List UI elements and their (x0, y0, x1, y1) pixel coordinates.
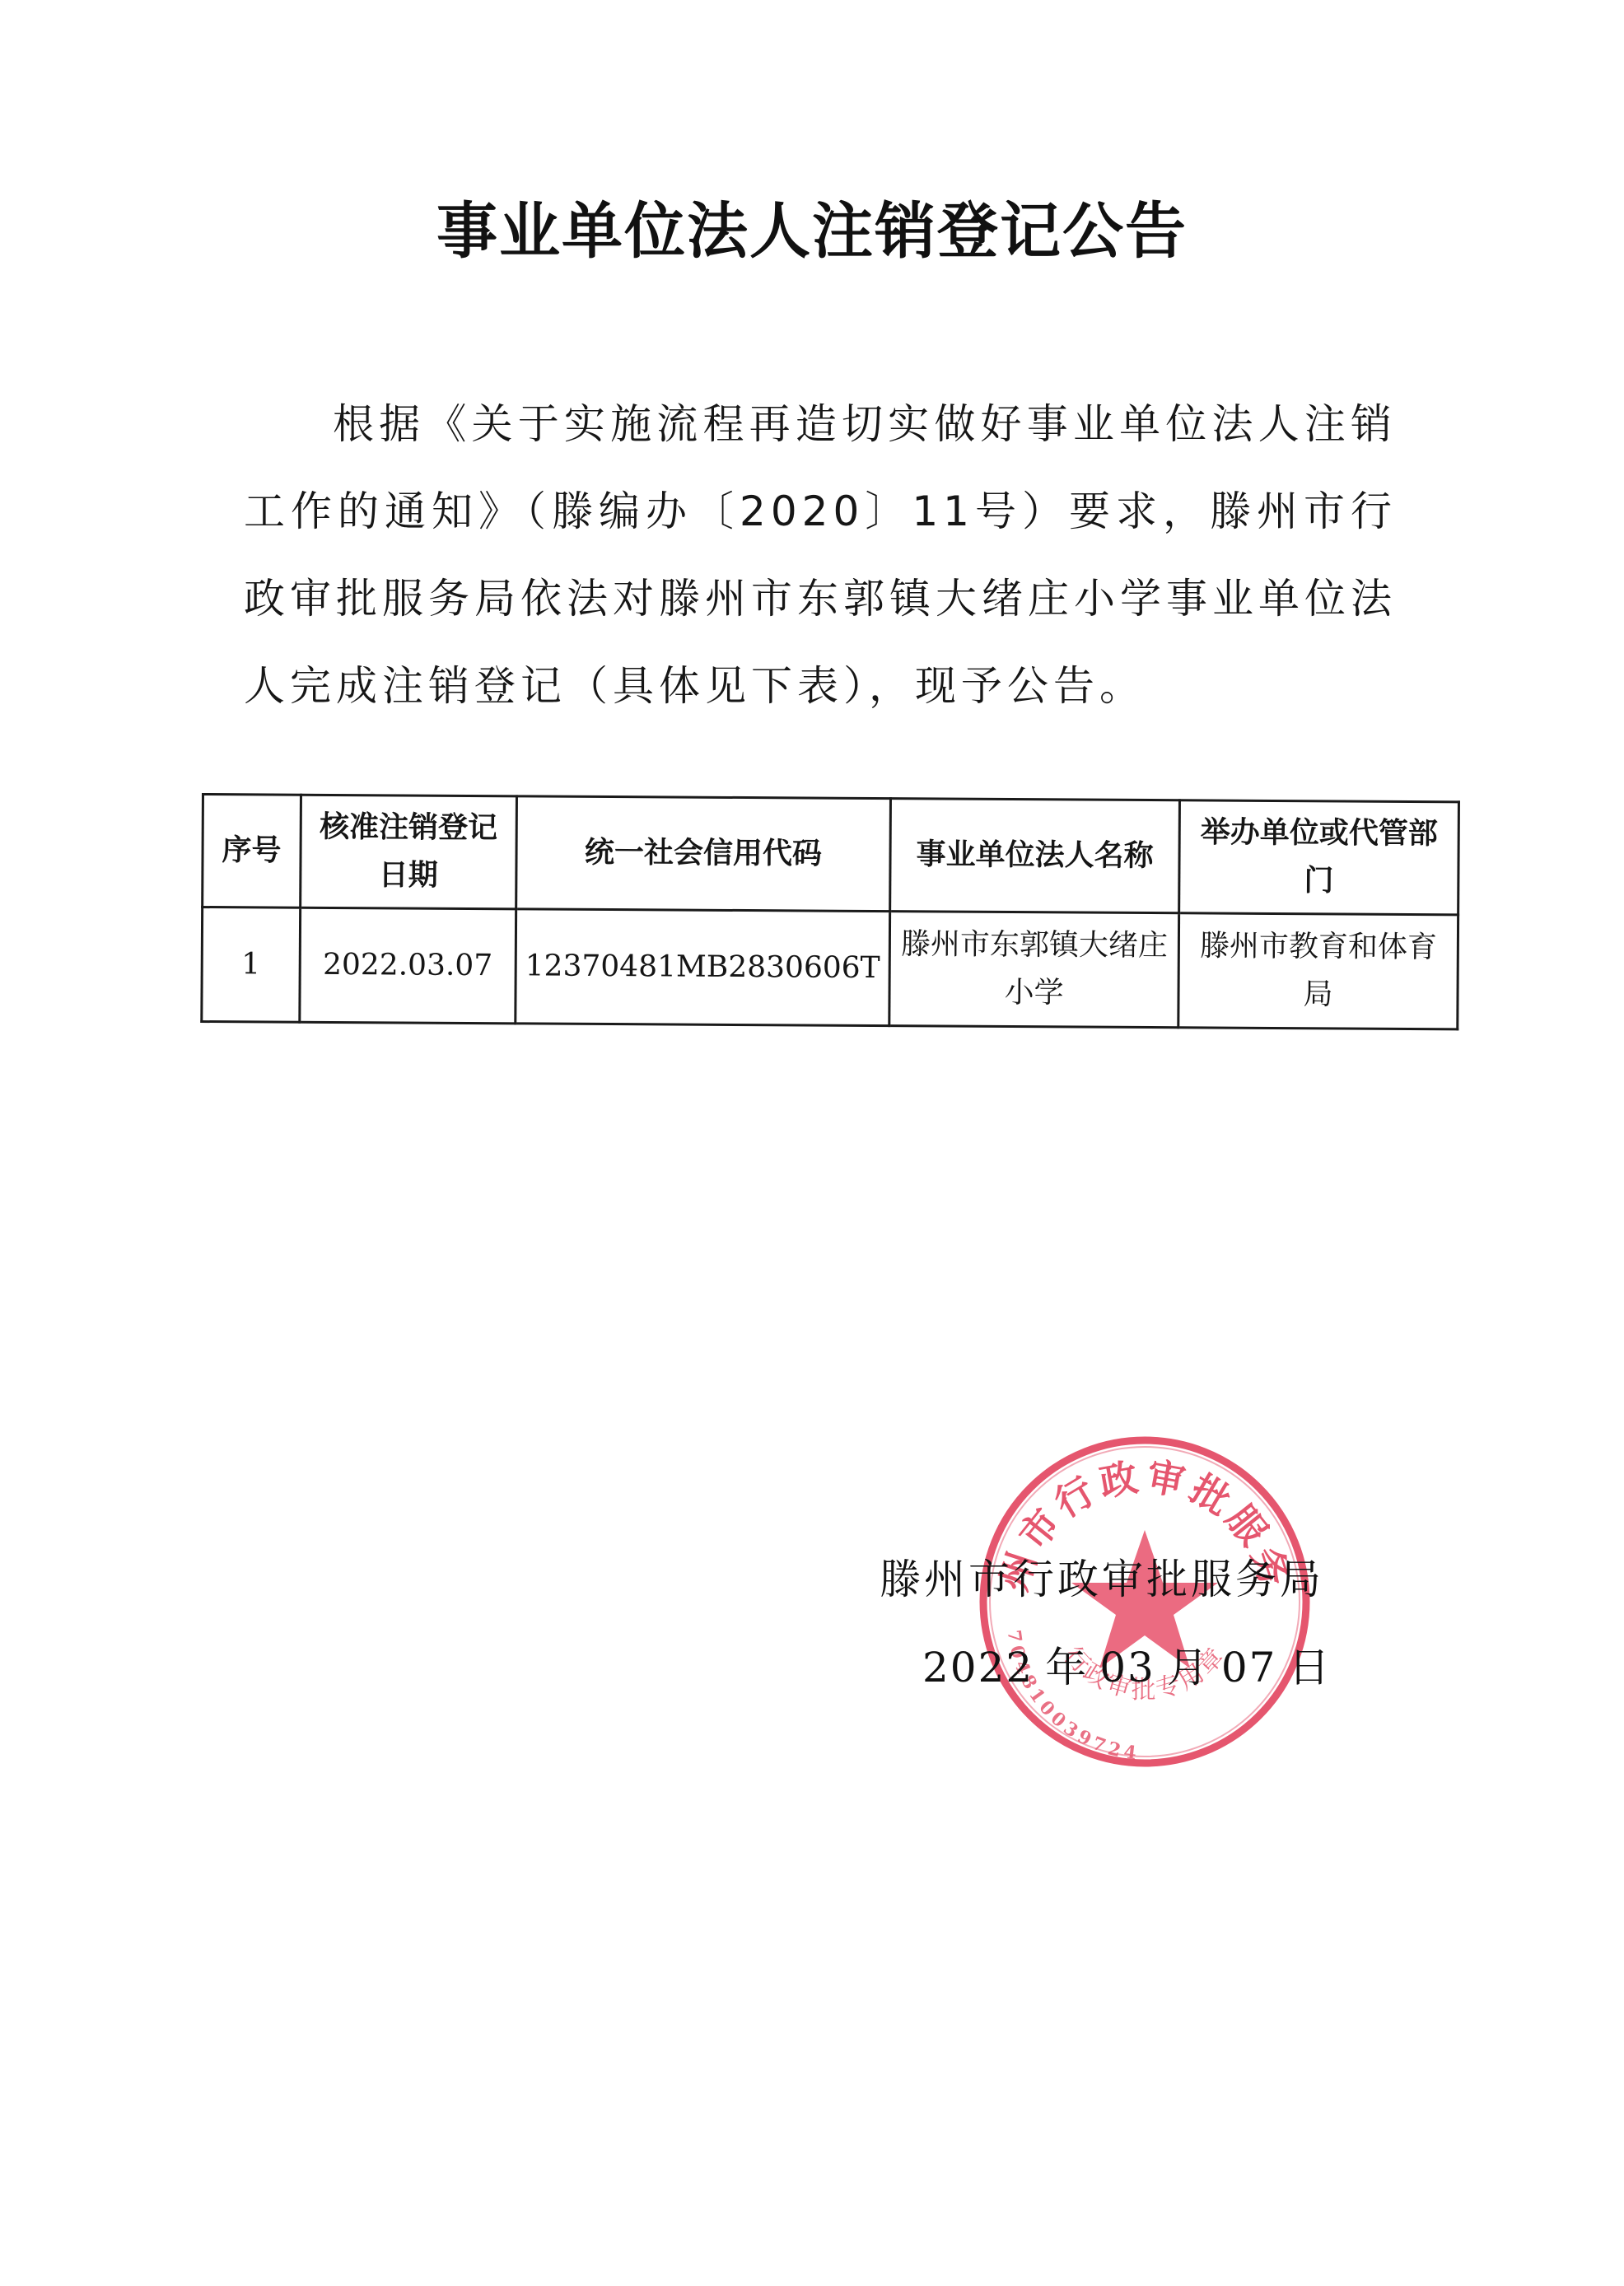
issue-date-day-label: 日 (1289, 1644, 1332, 1691)
issuer-signature: 滕州市行政审批服务局 (880, 1547, 1324, 1606)
header-approval-date: 核准注销登记日期 (300, 795, 516, 909)
cell-sponsor: 滕州市教育和体育局 (1178, 913, 1458, 1029)
issue-date-day: 07 (1221, 1644, 1277, 1691)
header-sponsor: 举办单位或代管部门 (1179, 800, 1459, 915)
table-header-row: 序号 核准注销登记日期 统一社会信用代码 事业单位法人名称 举办单位或代管部门 (203, 795, 1459, 915)
document-title: 事业单位法人注销登记公告 (0, 183, 1624, 270)
cell-index: 1 (202, 907, 301, 1023)
issue-date-month: 03 (1099, 1644, 1155, 1691)
header-index: 序号 (203, 795, 301, 908)
header-institution-name: 事业单位法人名称 (890, 799, 1180, 913)
announcement-paragraph: 根据《关于实施流程再造切实做好事业单位法人注销工作的通知》（滕编办〔2020〕1… (244, 380, 1397, 730)
issue-date-month-label: 月 (1167, 1644, 1210, 1691)
header-credit-code: 统一社会信用代码 (516, 796, 891, 912)
deregistration-table: 序号 核准注销登记日期 统一社会信用代码 事业单位法人名称 举办单位或代管部门 … (200, 793, 1460, 1030)
cell-credit-code: 12370481MB2830606T (516, 909, 890, 1026)
cell-institution-name: 滕州市东郭镇大绪庄小学 (889, 912, 1179, 1028)
issue-date-year-label: 年 (1045, 1644, 1088, 1691)
cell-approval-date: 2022.03.07 (300, 907, 516, 1024)
table-row: 1 2022.03.07 12370481MB2830606T 滕州市东郭镇大绪… (202, 907, 1458, 1029)
issue-date: 2022年03月07日 (922, 1635, 1343, 1694)
document-page: 事业单位法人注销登记公告 根据《关于实施流程再造切实做好事业单位法人注销工作的通… (0, 0, 1624, 2286)
issue-date-year: 2022 (922, 1644, 1034, 1691)
